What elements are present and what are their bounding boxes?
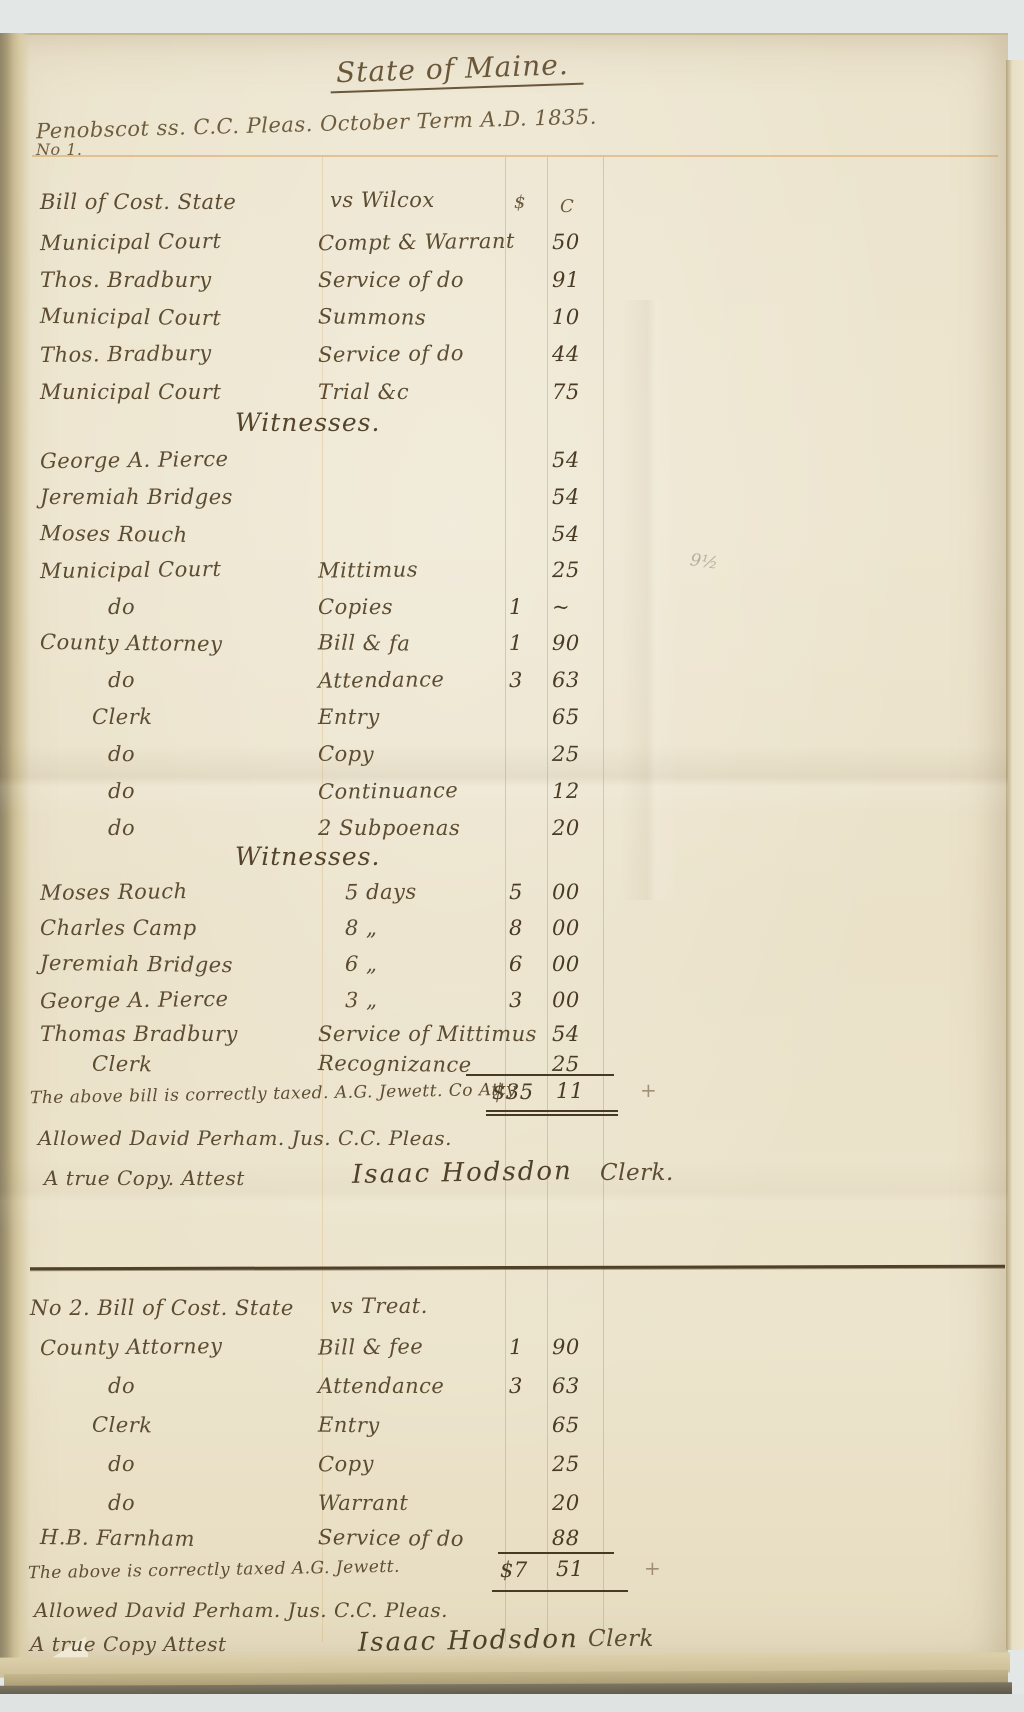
payee-cell: H.B. Farnham bbox=[40, 1525, 195, 1551]
payee-cell: do bbox=[108, 779, 135, 803]
service-cell: Bill & fa bbox=[318, 630, 411, 655]
service-cell: Attendance bbox=[318, 1374, 444, 1398]
bill2-total-bottom-line bbox=[492, 1590, 628, 1592]
cents-column-header: C bbox=[560, 196, 574, 217]
bill1-clerk-signature: Isaac Hodsdon bbox=[352, 1156, 573, 1190]
cents-cell: 50 bbox=[552, 230, 580, 254]
cents-cell: 10 bbox=[552, 305, 580, 329]
service-cell: 5 days bbox=[345, 880, 417, 905]
header-rule bbox=[32, 155, 998, 157]
checkmark-plus-1: + bbox=[640, 1078, 657, 1102]
cents-cell: 20 bbox=[552, 1491, 580, 1515]
cents-cell: 75 bbox=[552, 380, 580, 404]
payee-cell: County Attorney bbox=[40, 630, 223, 656]
column-rule-4 bbox=[603, 157, 604, 1642]
cents-cell: 12 bbox=[552, 779, 580, 803]
bill2-total-cents: 51 bbox=[556, 1557, 584, 1581]
payee-cell: Moses Rouch bbox=[40, 879, 188, 905]
service-cell: Recognizance bbox=[318, 1051, 472, 1077]
bill2-total-top-line bbox=[498, 1552, 614, 1554]
bill2-clerk-label: Clerk bbox=[588, 1626, 654, 1652]
service-cell: Trial &c bbox=[318, 380, 409, 404]
column-rule-3 bbox=[547, 157, 548, 1642]
bill2-total-dollars: $7 bbox=[500, 1558, 528, 1582]
payee-cell: do bbox=[108, 816, 135, 840]
witnesses-heading: Witnesses. bbox=[235, 842, 380, 871]
bill2-attest-label: A true Copy Attest bbox=[30, 1632, 227, 1656]
service-cell: Copy bbox=[318, 1452, 374, 1477]
payee-cell: do bbox=[108, 668, 135, 692]
bill2-clerk-signature: Isaac Hodsdon bbox=[358, 1624, 579, 1658]
payee-cell: Charles Camp bbox=[40, 916, 197, 940]
bill1-case-versus: vs Wilcox bbox=[330, 188, 435, 212]
cents-cell: 54 bbox=[552, 448, 580, 472]
dollars-cell: 8 bbox=[509, 916, 523, 940]
service-cell: Continuance bbox=[318, 778, 458, 804]
service-cell: Service of Mittimus bbox=[318, 1022, 537, 1046]
service-cell: Service of do bbox=[318, 268, 464, 292]
payee-cell: Moses Rouch bbox=[40, 521, 188, 547]
scanned-ledger-page: State of Maine. Penobscot ss. C.C. Pleas… bbox=[0, 0, 1024, 1712]
background-surface bbox=[0, 1694, 1024, 1712]
underlying-page-edge bbox=[1006, 60, 1024, 1650]
dollars-cell: 1 bbox=[509, 1335, 523, 1359]
payee-cell: Municipal Court bbox=[40, 557, 222, 583]
payee-cell: Municipal Court bbox=[40, 229, 222, 255]
payee-cell: do bbox=[108, 595, 135, 619]
service-cell: Compt & Warrant bbox=[318, 229, 515, 255]
cents-cell: 54 bbox=[552, 485, 580, 509]
bill2-case-label: No 2. Bill of Cost. State bbox=[30, 1296, 294, 1320]
payee-cell: Thomas Bradbury bbox=[40, 1022, 238, 1046]
payee-cell: do bbox=[108, 1452, 135, 1476]
dollars-cell: 3 bbox=[509, 668, 523, 692]
service-cell: 2 Subpoenas bbox=[318, 816, 460, 840]
cents-cell: 20 bbox=[552, 816, 580, 840]
cents-cell: 00 bbox=[552, 988, 580, 1012]
cents-cell: 00 bbox=[552, 952, 580, 976]
service-cell: Bill & fee bbox=[318, 1334, 424, 1359]
payee-cell: Clerk bbox=[92, 1413, 153, 1438]
cents-cell: 25 bbox=[552, 742, 580, 766]
service-cell: Summons bbox=[318, 304, 426, 329]
bill1-clerk-label: Clerk. bbox=[600, 1160, 674, 1186]
book-left-edge bbox=[0, 33, 30, 1663]
cents-cell: 63 bbox=[552, 1374, 580, 1398]
cents-cell: 91 bbox=[552, 268, 580, 292]
cents-cell: 25 bbox=[552, 558, 580, 582]
dollars-cell: 3 bbox=[509, 1374, 523, 1398]
service-cell: Mittimus bbox=[318, 557, 418, 582]
cents-cell: 63 bbox=[552, 668, 580, 692]
payee-cell: do bbox=[108, 1374, 135, 1398]
cents-cell: 65 bbox=[552, 1413, 580, 1437]
service-cell: 8 „ bbox=[345, 916, 377, 940]
service-cell: Entry bbox=[318, 1413, 380, 1438]
service-cell: Service of do bbox=[318, 341, 464, 367]
checkmark-plus-2: + bbox=[644, 1556, 661, 1580]
payee-cell: Municipal Court bbox=[40, 380, 221, 404]
cents-cell: ~ bbox=[552, 595, 570, 619]
payee-cell: Jeremiah Bridges bbox=[40, 951, 233, 977]
service-cell: 6 „ bbox=[345, 952, 378, 976]
cents-cell: 88 bbox=[552, 1526, 580, 1550]
payee-cell: do bbox=[108, 742, 135, 766]
bill1-case-label: Bill of Cost. State bbox=[40, 190, 236, 214]
payee-cell: do bbox=[108, 1491, 135, 1515]
bill1-total-top-line bbox=[466, 1074, 614, 1076]
service-cell: Copies bbox=[318, 595, 393, 619]
bill1-total-cents: 11 bbox=[556, 1079, 584, 1103]
payee-cell: Thos. Bradbury bbox=[40, 341, 212, 367]
bill1-total-bottom-line bbox=[486, 1110, 618, 1112]
cents-cell: 90 bbox=[552, 631, 580, 655]
payee-cell: George A. Pierce bbox=[40, 447, 229, 473]
dollars-cell: 5 bbox=[509, 880, 523, 904]
cents-cell: 54 bbox=[552, 522, 580, 546]
payee-cell: Clerk bbox=[92, 705, 152, 729]
cents-cell: 00 bbox=[552, 916, 580, 940]
dollar-column-header: $ bbox=[514, 192, 526, 213]
cents-cell: 25 bbox=[552, 1052, 580, 1076]
bill-number-label: No 1. bbox=[36, 140, 82, 159]
payee-cell: Municipal Court bbox=[40, 304, 222, 330]
service-cell: 3 „ bbox=[345, 988, 378, 1012]
cents-cell: 00 bbox=[552, 880, 580, 904]
cents-cell: 90 bbox=[552, 1335, 580, 1359]
cents-cell: 44 bbox=[552, 342, 580, 366]
bill2-case-versus: vs Treat. bbox=[330, 1294, 428, 1318]
service-cell: Attendance bbox=[318, 667, 445, 693]
cents-cell: 25 bbox=[552, 1452, 580, 1476]
witnesses-heading: Witnesses. bbox=[235, 408, 380, 437]
bill1-attest-label: A true Copy. Attest bbox=[44, 1166, 245, 1190]
service-cell: Copy bbox=[318, 742, 374, 767]
cents-cell: 65 bbox=[552, 705, 580, 729]
pencil-annotation: 9½ bbox=[689, 550, 720, 574]
payee-cell: Clerk bbox=[92, 1052, 153, 1077]
column-rule-2 bbox=[505, 157, 506, 1642]
service-cell: Service of do bbox=[318, 1525, 464, 1551]
cents-cell: 54 bbox=[552, 1022, 580, 1046]
dollars-cell: 3 bbox=[509, 988, 523, 1012]
payee-cell: Jeremiah Bridges bbox=[40, 485, 233, 509]
payee-cell: George A. Pierce bbox=[40, 987, 229, 1013]
dollars-cell: 1 bbox=[509, 595, 523, 619]
service-cell: Warrant bbox=[318, 1491, 408, 1515]
service-cell: Entry bbox=[318, 705, 380, 729]
bill2-allowed-line: Allowed David Perham. Jus. C.C. Pleas. bbox=[34, 1598, 448, 1622]
payee-cell: County Attorney bbox=[40, 1334, 223, 1360]
payee-cell: Thos. Bradbury bbox=[40, 268, 212, 292]
dollars-cell: 1 bbox=[509, 631, 523, 655]
bill1-allowed-line: Allowed David Perham. Jus. C.C. Pleas. bbox=[38, 1126, 452, 1150]
dollars-cell: 6 bbox=[509, 952, 523, 976]
